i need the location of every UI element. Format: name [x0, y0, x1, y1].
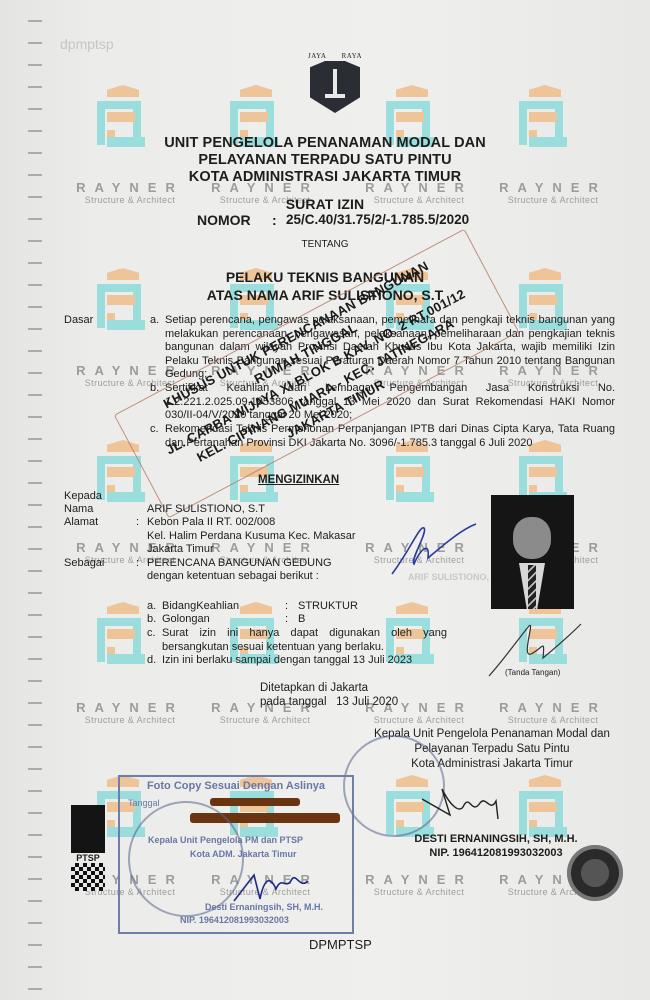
jakarta-crest-icon: JAYARAYA — [304, 52, 366, 116]
alamat-line-1: Kebon Pala II RT. 002/008 — [147, 516, 275, 530]
nama-value: ARIF SULISTIONO, S.T — [147, 503, 265, 517]
faint-mark: dpmptsp — [60, 36, 114, 52]
cond-colon-b: : — [285, 613, 288, 625]
rayner-watermark-logo-icon — [93, 602, 145, 678]
cond-colon-a: : — [285, 600, 288, 612]
document-page: dpmptsp RAYNERStructure & ArchitectRAYNE… — [0, 0, 650, 1000]
alamat-line-2: Kel. Halim Perdana Kusuma Kec. Makasar — [147, 530, 355, 544]
dasar-letter-a: a. — [150, 314, 159, 326]
tentang: TENTANG — [0, 239, 650, 250]
rayner-watermark-text: RAYNERStructure & Architect — [354, 872, 484, 898]
alamat-colon: : — [136, 516, 139, 528]
surat-izin-title: SURAT IZIN — [0, 196, 650, 213]
official-name-text: DESTI ERNANINGSIH, SH, M.H. — [386, 832, 606, 846]
copy-round-stamp — [128, 801, 244, 917]
ptsp-label: PTSP — [71, 853, 105, 863]
nomor-colon: : — [272, 212, 277, 228]
cond-text-c: Surat izin ini hanya dapat digunakan ole… — [162, 627, 447, 654]
cond-text-d: Izin ini berlaku sampai dengan tanggal 1… — [162, 654, 412, 666]
sebagai-line-1: PERENCANA BANGUNAN GEDUNG — [147, 557, 332, 571]
ptsp-logo-icon: PTSP — [71, 805, 105, 893]
subject-line-1: PELAKU TEKNIS BANGUNAN — [0, 268, 650, 286]
copy-signature-icon — [230, 865, 320, 905]
copy-stamp-title: Foto Copy Sesuai Dengan Aslinya — [120, 780, 352, 792]
header-line-2: PELAYANAN TERPADU SATU PINTU — [0, 152, 650, 169]
sebagai-label: Sebagai — [64, 557, 104, 569]
alamat-line-3: Jakarta Timur — [147, 543, 214, 557]
footer-dpmptsp: DPMPTSP — [309, 937, 372, 952]
dki-seal-icon — [567, 845, 623, 901]
rayner-watermark-text: RAYNERStructure & Architect — [488, 700, 618, 726]
official-signature-icon — [420, 785, 510, 825]
pada-tanggal: pada tanggal 13 Juli 2020 — [260, 696, 398, 708]
nama-label: Nama — [64, 503, 93, 515]
crest-motto-right: RAYA — [342, 52, 362, 60]
kepada-label: Kepada — [64, 490, 102, 502]
cond-key-a: BidangKeahlian — [162, 600, 239, 612]
cond-letter-c: c. — [147, 627, 156, 639]
redaction-bar — [210, 798, 300, 806]
copy-stamp-tanggal: Tanggal — [128, 798, 160, 808]
copy-stamp-nip: NIP. 196412081993032003 — [180, 915, 289, 925]
rayner-watermark-logo-icon — [382, 440, 434, 516]
nomor-value: 25/C.40/31.75/2/-1.785.5/2020 — [286, 212, 469, 227]
alamat-label: Alamat — [64, 516, 98, 528]
photocopy-legalization-stamp: Foto Copy Sesuai Dengan Aslinya Tanggal … — [118, 775, 354, 934]
holder-signature-icon — [380, 520, 480, 580]
tanda-tangan-label: (Tanda Tangan) — [505, 668, 560, 677]
cond-value-a: STRUKTUR — [298, 600, 358, 612]
dasar-label: Dasar — [64, 314, 93, 326]
cond-key-b: Golongan — [162, 613, 210, 625]
nomor-label: NOMOR — [197, 212, 251, 228]
cond-letter-d: d. — [147, 654, 156, 666]
ditetapkan: Ditetapkan di Jakarta — [260, 682, 368, 694]
rayner-watermark-text: RAYNERStructure & Architect — [65, 700, 195, 726]
header-line-3: KOTA ADMINISTRASI JAKARTA TIMUR — [0, 169, 650, 186]
header-line-1: UNIT PENGELOLA PENANAMAN MODAL DAN — [0, 135, 650, 152]
monas-shield-icon — [310, 61, 360, 113]
holder-photo — [491, 495, 574, 609]
cond-letter-a: a. — [147, 600, 156, 612]
sebagai-line-2: dengan ketentuan sebagai berikut : — [147, 570, 319, 584]
cond-value-b: B — [298, 613, 305, 625]
cond-letter-b: b. — [147, 613, 156, 625]
mengizinkan-heading: MENGIZINKAN — [258, 474, 339, 486]
crest-motto-left: JAYA — [308, 52, 326, 60]
sebagai-colon: : — [136, 557, 139, 569]
